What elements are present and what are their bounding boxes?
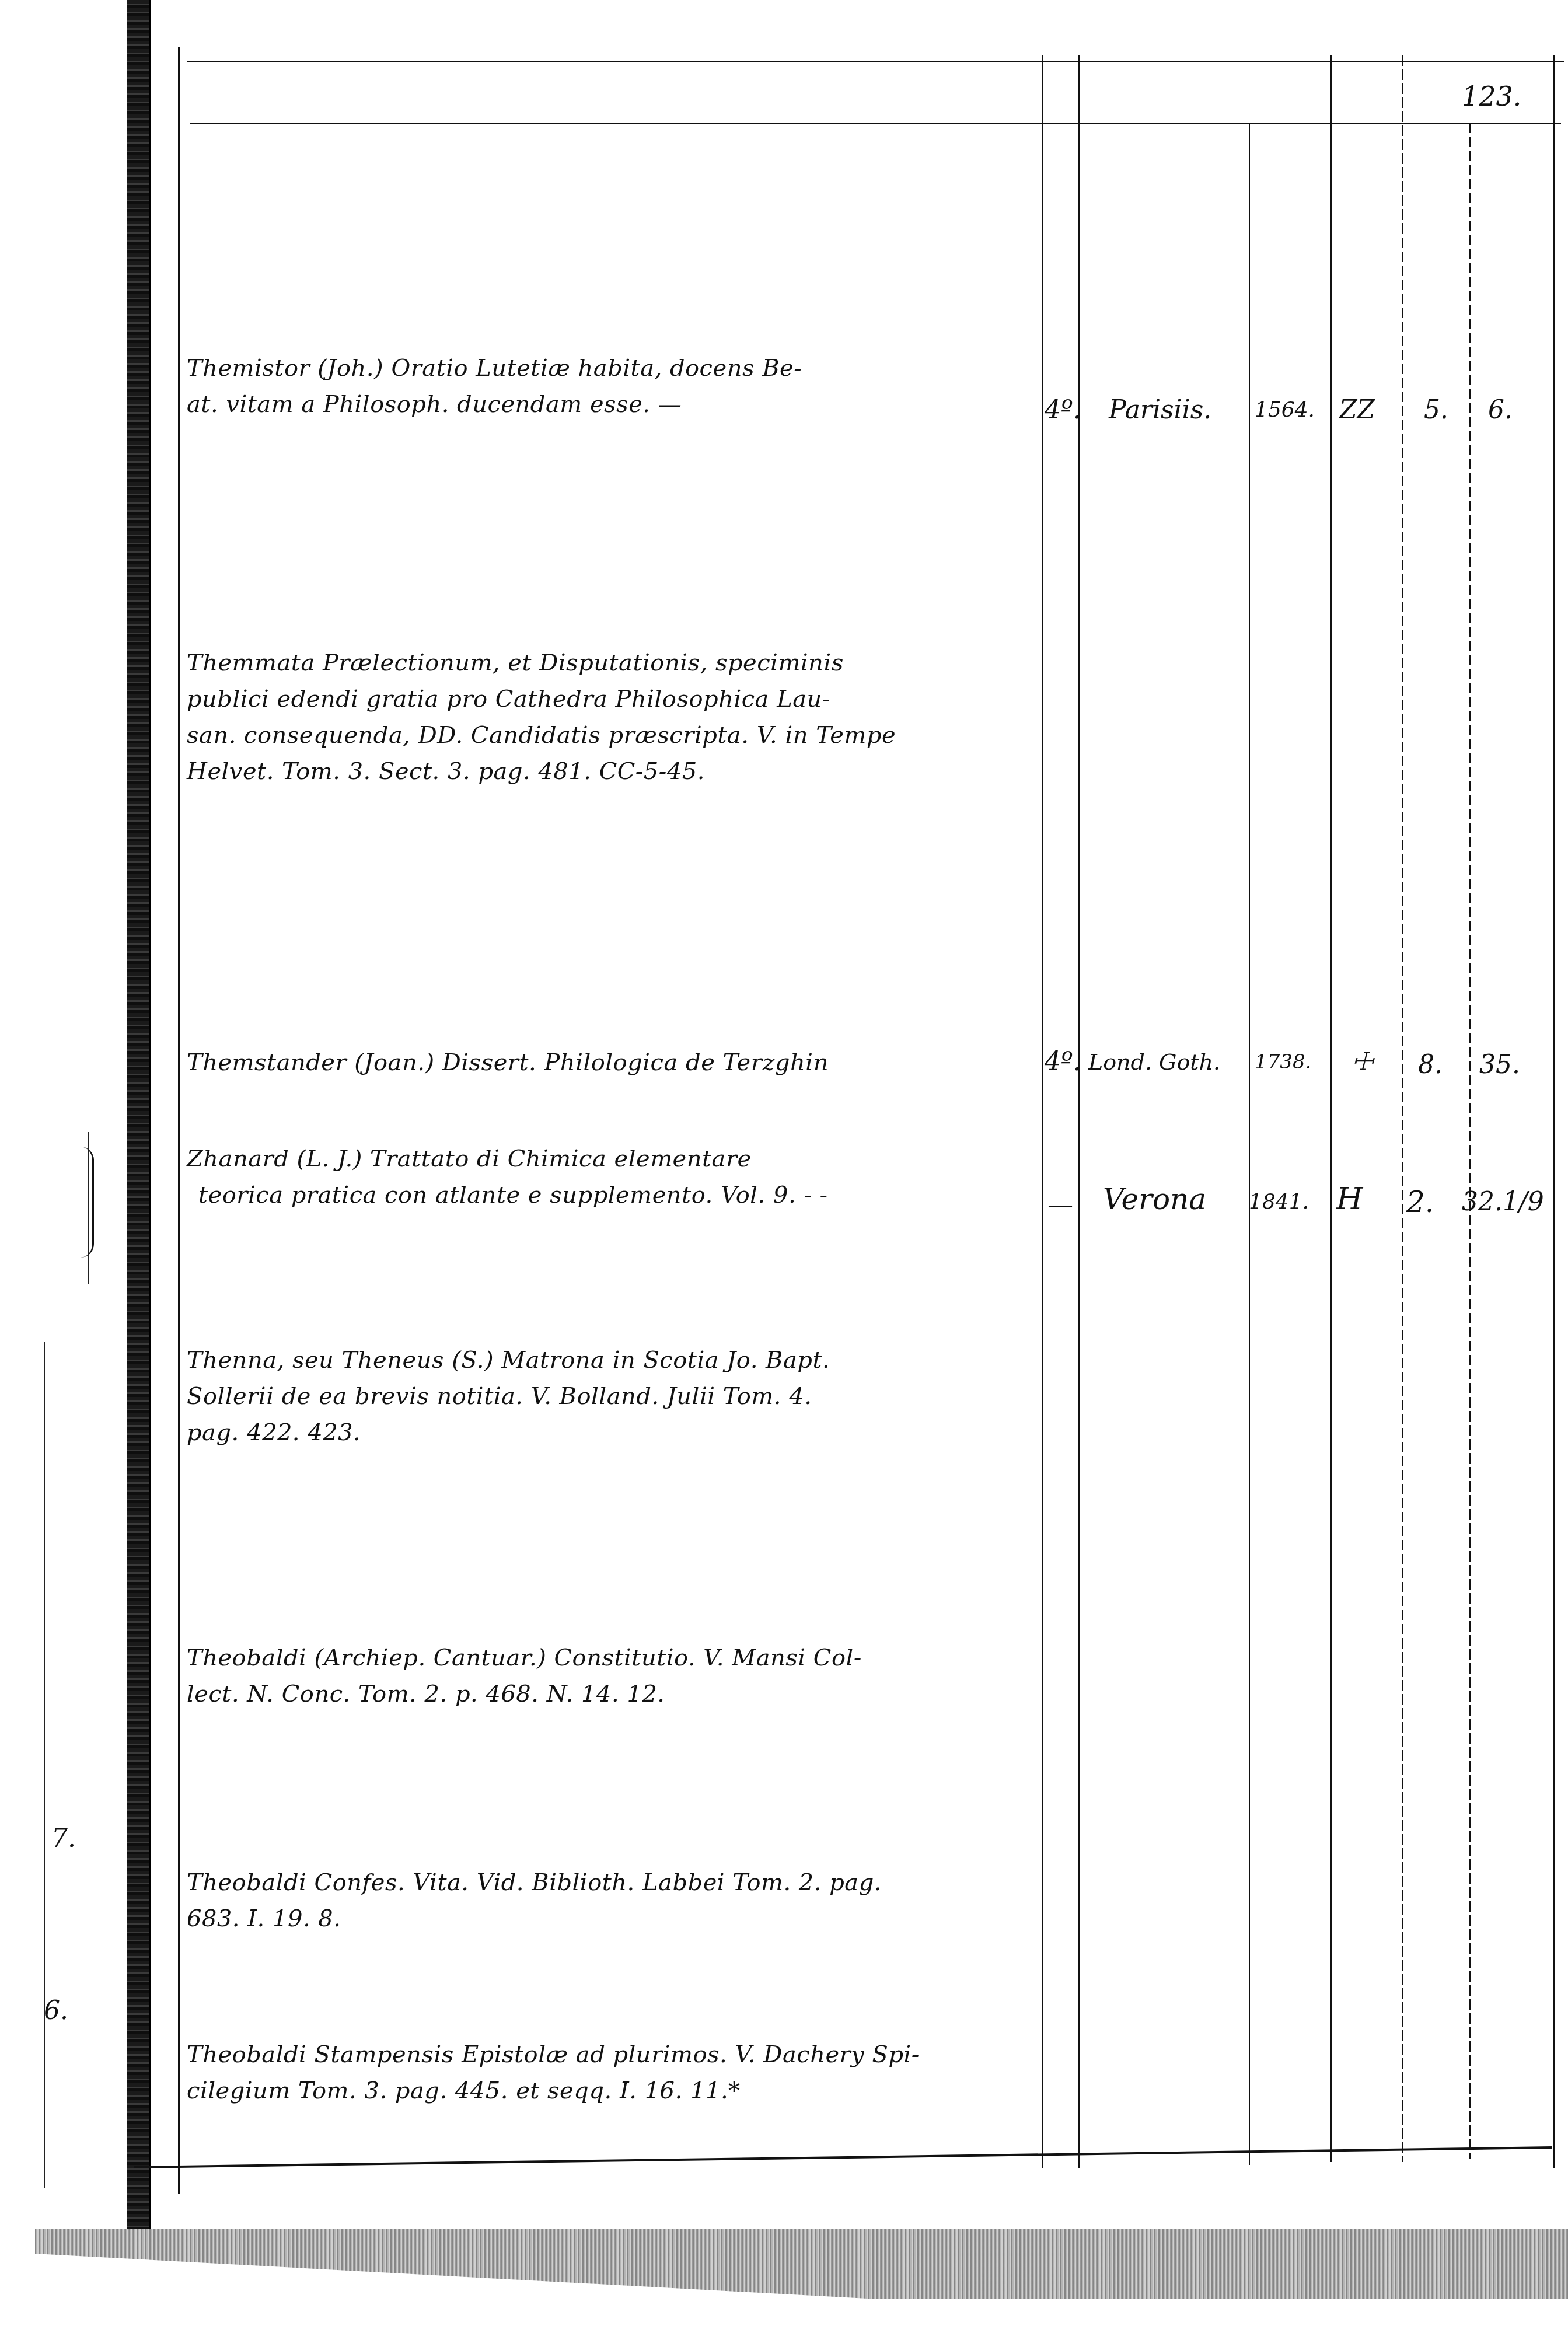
place-cell: Parisiis. xyxy=(1109,396,1211,425)
header-top-rule xyxy=(187,61,1564,62)
table-bottom-rule xyxy=(134,2146,1552,2168)
entry-line: publici edendi gratia pro Cathedra Philo… xyxy=(187,681,1010,717)
number-cell: 35. xyxy=(1479,1050,1520,1080)
column-rule-case xyxy=(1402,55,1403,2162)
entry-line: Zhanard (L. J.) Trattato di Chimica elem… xyxy=(187,1141,1010,1177)
format-cell: 4º. xyxy=(1045,1047,1081,1077)
entry-line: san. consequenda, DD. Candidatis præscri… xyxy=(187,717,1010,753)
margin-note: 6. xyxy=(44,1996,68,2025)
catalogue-entry: Themistor (Joh.) Oratio Lutetiæ habita, … xyxy=(187,350,1010,422)
entry-line: 683. I. 19. 8. xyxy=(187,1901,1010,1937)
entry-line: Themmata Prælectionum, et Disputationis,… xyxy=(187,645,1010,681)
catalogue-entry: Theobaldi Confes. Vita. Vid. Biblioth. L… xyxy=(187,1864,1010,1937)
entry-line: Theobaldi Stampensis Epistolæ ad plurimo… xyxy=(187,2037,1010,2073)
case-cell: 8. xyxy=(1418,1050,1443,1080)
margin-note: 7. xyxy=(51,1824,76,1853)
place-cell: Verona xyxy=(1103,1185,1206,1214)
entry-line: Themstander (Joan.) Dissert. Philologica… xyxy=(187,1045,1010,1081)
entry-line: lect. N. Conc. Tom. 2. p. 468. N. 14. 12… xyxy=(187,1676,1010,1712)
table-left-border xyxy=(178,47,180,2194)
entry-line: Thenna, seu Theneus (S.) Matrona in Scot… xyxy=(187,1342,1010,1378)
header-bottom-rule xyxy=(190,123,1561,124)
year-cell: 1738. xyxy=(1255,1047,1311,1077)
catalogue-entry: Zhanard (L. J.) Trattato di Chimica elem… xyxy=(187,1141,1010,1213)
catalogue-entry: Thenna, seu Theneus (S.) Matrona in Scot… xyxy=(187,1342,1010,1451)
catalogue-entry: Themmata Prælectionum, et Disputationis,… xyxy=(187,645,1010,790)
margin-bracket xyxy=(81,1147,94,1258)
catalogue-entry: Theobaldi (Archiep. Cantuar.) Constituti… xyxy=(187,1640,1010,1712)
case-cell: 5. xyxy=(1424,396,1448,425)
catalogue-entry: Themstander (Joan.) Dissert. Philologica… xyxy=(187,1045,1010,1081)
column-rule-place xyxy=(1078,55,1080,2168)
entry-line: at. vitam a Philosoph. ducendam esse. — xyxy=(187,386,1010,422)
place-cell: Lond. Goth. xyxy=(1088,1047,1220,1077)
page-edge-shadow xyxy=(35,2229,1568,2299)
column-rule-year xyxy=(1249,123,1250,2165)
entry-line: cilegium Tom. 3. pag. 445. et seqq. I. 1… xyxy=(187,2073,1010,2109)
shelf-cell: ☩ xyxy=(1351,1047,1374,1077)
number-cell: 6. xyxy=(1488,396,1513,425)
margin-rule xyxy=(44,1342,45,2188)
entry-line: Theobaldi (Archiep. Cantuar.) Constituti… xyxy=(187,1640,1010,1676)
column-rule-format xyxy=(1042,55,1043,2168)
format-cell: 4º. xyxy=(1045,396,1081,425)
entry-line: Sollerii de ea brevis notitia. V. Bollan… xyxy=(187,1378,1010,1415)
shelf-cell: ZZ xyxy=(1339,396,1375,425)
binding-spine xyxy=(127,0,151,2229)
column-rule-number xyxy=(1469,123,1471,2159)
year-cell: 1841. xyxy=(1249,1188,1309,1217)
case-cell: 2. xyxy=(1406,1188,1434,1217)
entry-line: pag. 422. 423. xyxy=(187,1415,1010,1451)
column-rule-shelf xyxy=(1330,55,1332,2162)
entry-line: teorica pratica con atlante e supplement… xyxy=(187,1177,1010,1213)
year-cell: 1564. xyxy=(1255,396,1315,425)
format-cell: — xyxy=(1047,1190,1073,1220)
page-number: 123. xyxy=(1462,81,1521,112)
table-right-border xyxy=(1553,55,1555,2168)
entry-line: Helvet. Tom. 3. Sect. 3. pag. 481. CC-5-… xyxy=(187,753,1010,790)
shelf-cell: H xyxy=(1336,1185,1363,1214)
catalogue-entry: Theobaldi Stampensis Epistolæ ad plurimo… xyxy=(187,2037,1010,2109)
entry-line: Theobaldi Confes. Vita. Vid. Biblioth. L… xyxy=(187,1864,1010,1901)
number-cell: 32.1/9 xyxy=(1462,1188,1544,1217)
entry-line: Themistor (Joh.) Oratio Lutetiæ habita, … xyxy=(187,350,1010,386)
